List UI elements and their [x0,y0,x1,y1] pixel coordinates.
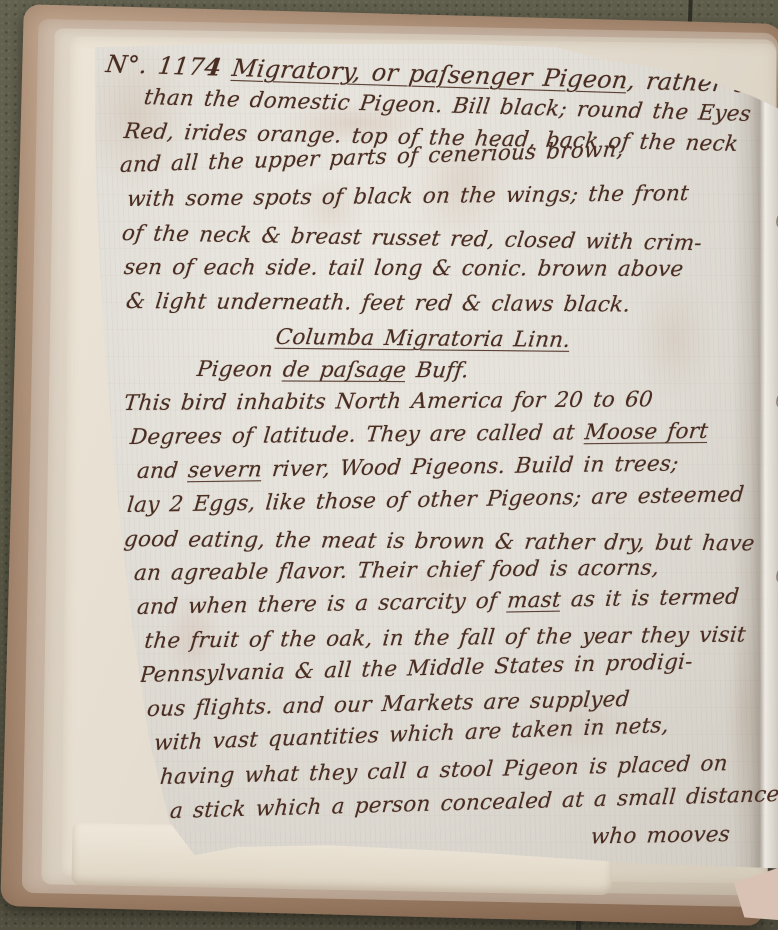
handwriting-line: & light underneath. feet red & claws bla… [125,290,746,319]
text-segment: ; the fruit of the oak, in the fall of t… [126,623,747,655]
handwriting-line: of the neck & breast russet red, closed … [120,222,745,257]
handwriting-line: Degrees of latitude. They are called at … [129,420,745,451]
text-segment: Pigeon [196,357,285,382]
text-segment: and [136,458,189,484]
handwriting-line: This bird inhabits North America for 20 … [123,388,745,417]
photo-scene: N°. 1174 Migratory, or paſsenger Pigeon,… [0,0,778,930]
text-segment: river, Wood Pigeons. Build in trees; [261,451,680,482]
text-segment: of the neck & breast russet red, closed … [121,221,704,256]
text-segment: Pennsylvania & all the Middle States in … [139,649,694,688]
text-segment: a stick which a person concealed at a sm… [169,782,778,824]
text-segment: as it is termed [560,584,741,612]
handwriting-line: a stick which a person concealed at a sm… [169,784,745,825]
text-segment: an agreable flavor. Their chief food is … [133,555,660,586]
text-segment: mast [506,588,562,614]
text-segment: and when there is a scarcity of [136,589,508,621]
text-segment: severn [187,457,263,483]
manuscript-page: N°. 1174 Migratory, or paſsenger Pigeon,… [86,44,778,870]
text-segment: lay 2 Eggs, like those of other Pigeons;… [126,482,745,518]
text-segment: sen of each side. tail long & conic. bro… [123,255,685,282]
text-segment: having what they call a stool Pigeon is … [159,751,729,790]
text-segment: who mooves [590,822,731,849]
handwriting-line: Pigeon de paſsage Buff. [196,358,746,385]
handwriting-line: good eating, the meat is brown & rather … [123,528,746,557]
handwriting-line: an agreable flavor. Their chief food is … [133,556,745,587]
handwriting-line: sen of each side. tail long & conic. bro… [123,256,746,283]
text-segment: This bird inhabits North America for 20 … [123,387,654,416]
handwriting-line: Pennsylvania & all the Middle States in … [139,649,745,688]
handwritten-text: N°. 1174 Migratory, or paſsenger Pigeon,… [102,52,744,868]
text-segment: & light underneath. feet red & claws bla… [125,289,632,318]
text-segment: Buff. [405,358,470,383]
handwriting-line: and when there is a scarcity of mast as … [136,585,745,620]
handwriting-line: and severn river, Wood Pigeons. Build in… [136,452,745,485]
text-segment: Moose fort [584,419,710,445]
text-segment: with some spots of black on the wings; t… [126,181,690,212]
text-segment: de paſsage [282,357,408,383]
handwriting-line: lay 2 Eggs, like those of other Pigeons;… [126,483,745,518]
text-segment: good eating, the meat is brown & rather … [123,527,756,556]
text-segment: Columba Migratoria Linn. [274,325,571,353]
handwriting-line: Columba Migratoria Linn. [101,324,746,355]
handwriting-line: with some spots of black on the wings; t… [126,182,745,213]
text-segment: N°. 117 [104,50,206,81]
text-segment: Degrees of latitude. They are called at [129,420,586,450]
